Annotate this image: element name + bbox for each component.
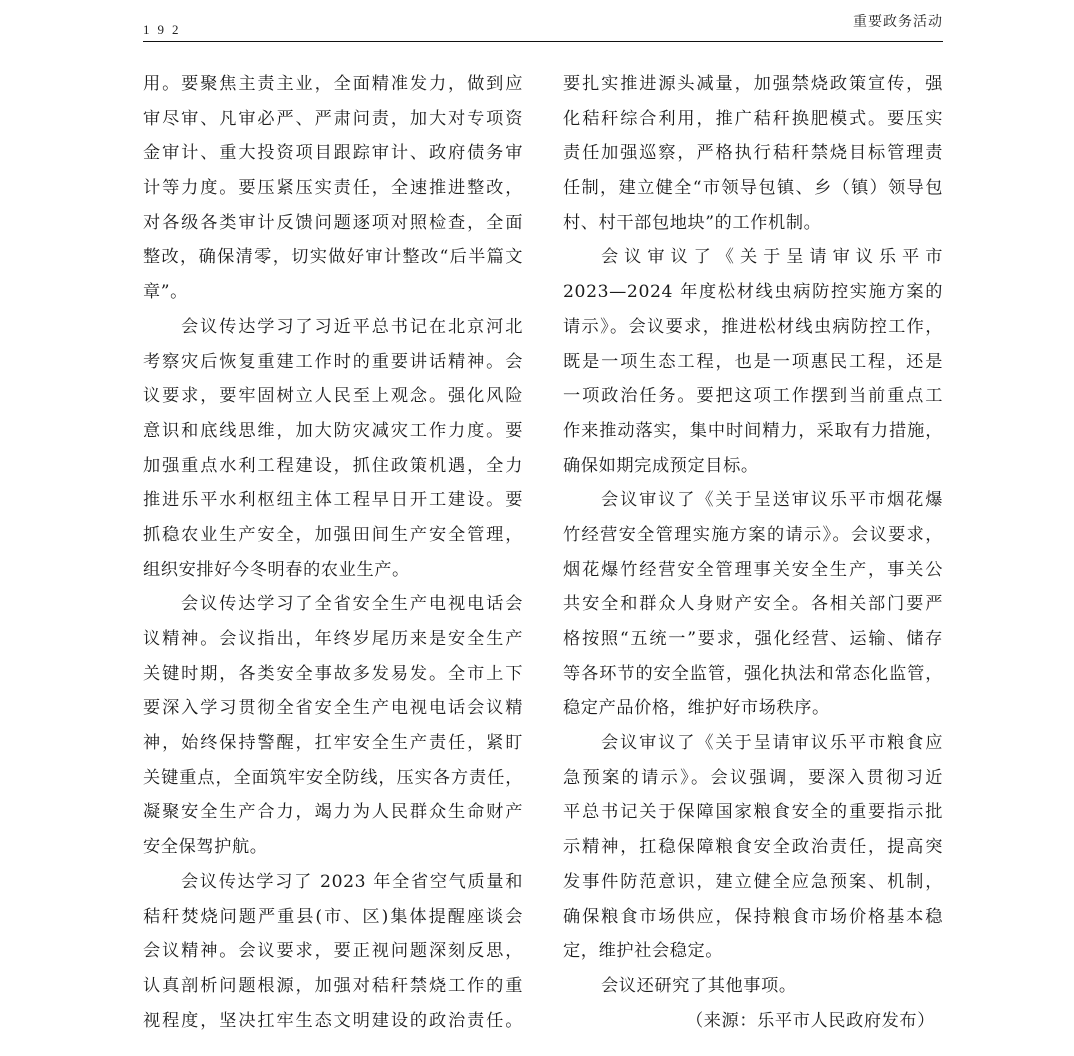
text-line: 视程度，坚决扛牢生态文明建设的政治责任。	[143, 1004, 523, 1039]
text-line: 会议精神。会议要求，要正视问题深刻反思，	[143, 934, 523, 969]
text-line: 组织安排好今冬明春的农业生产。	[143, 553, 523, 588]
text-line: 考察灾后恢复重建工作时的重要讲话精神。会	[143, 345, 523, 380]
text-line: 竹经营安全管理实施方案的请示》。会议要求，	[563, 518, 943, 553]
text-line: 认真剖析问题根源，加强对秸秆禁烧工作的重	[143, 969, 523, 1004]
text-line: 会议传达学习了 2023 年全省空气质量和	[143, 865, 523, 900]
text-line: 2023—2024 年度松材线虫病防控实施方案的	[563, 275, 943, 310]
text-line: 确保如期完成预定目标。	[563, 449, 943, 484]
running-title: 重要政务活动	[853, 11, 943, 31]
text-line: 议要求，要牢固树立人民至上观念。强化风险	[143, 379, 523, 414]
text-line: 平总书记关于保障国家粮食安全的重要指示批	[563, 795, 943, 830]
text-line: 定，维护社会稳定。	[563, 934, 943, 969]
text-line: 示精神，扛稳保障粮食安全政治责任，提高突	[563, 830, 943, 865]
text-line: 既是一项生态工程，也是一项惠民工程，还是	[563, 345, 943, 380]
text-line: 金审计、重大投资项目跟踪审计、政府债务审	[143, 136, 523, 171]
text-line: 会议审议了《关于呈请审议乐平市粮食应	[563, 726, 943, 761]
text-line: 整改，确保清零，切实做好审计整改“后半篇文	[143, 240, 523, 275]
text-line: 关键重点，全面筑牢安全防线，压实各方责任，	[143, 761, 523, 796]
text-line: 意识和底线思维，加大防灾减灾工作力度。要	[143, 414, 523, 449]
text-line: 秸秆焚烧问题严重县(市、区)集体提醒座谈会	[143, 900, 523, 935]
text-line: 要扎实推进源头减量，加强禁烧政策宣传，强	[563, 67, 943, 102]
text-line: 推进乐平水利枢纽主体工程早日开工建设。要	[143, 483, 523, 518]
text-line: 计等力度。要压紧压实责任，全速推进整改，	[143, 171, 523, 206]
text-line: 化秸秆综合利用，推广秸秆换肥模式。要压实	[563, 102, 943, 137]
text-line: 审尽审、凡审必严、严肃问责，加大对专项资	[143, 102, 523, 137]
text-line: 共安全和群众人身财产安全。各相关部门要严	[563, 587, 943, 622]
left-column: 用。要聚焦主责主业，全面精准发力，做到应审尽审、凡审必严、严肃问责，加大对专项资…	[143, 67, 523, 1038]
text-line: 稳定产品价格，维护好市场秩序。	[563, 691, 943, 726]
right-column: 要扎实推进源头减量，加强禁烧政策宣传，强化秸秆综合利用，推广秸秆换肥模式。要压实…	[563, 67, 943, 1038]
text-line: 加强重点水利工程建设，抓住政策机遇，全力	[143, 449, 523, 484]
text-line: 神，始终保持警醒，扛牢安全生产责任，紧盯	[143, 726, 523, 761]
text-line: 格按照“五统一”要求，强化经营、运输、储存	[563, 622, 943, 657]
text-line: 烟花爆竹经营安全管理事关安全生产，事关公	[563, 553, 943, 588]
text-line: 一项政治任务。要把这项工作摆到当前重点工	[563, 379, 943, 414]
text-line: 关键时期，各类安全事故多发易发。全市上下	[143, 657, 523, 692]
text-line: 议精神。会议指出，年终岁尾历来是安全生产	[143, 622, 523, 657]
text-line: 凝聚安全生产合力，竭力为人民群众生命财产	[143, 795, 523, 830]
text-line: 村、村干部包地块”的工作机制。	[563, 206, 943, 241]
page-header: 192 重要政务活动	[143, 0, 943, 42]
text-line: 会议还研究了其他事项。	[563, 969, 943, 1004]
text-line: 抓稳农业生产安全，加强田间生产安全管理，	[143, 518, 523, 553]
text-line: 安全保驾护航。	[143, 830, 523, 865]
text-line: 会议审议了《关于呈送审议乐平市烟花爆	[563, 483, 943, 518]
text-line: 要深入学习贯彻全省安全生产电视电话会议精	[143, 691, 523, 726]
text-line: 急预案的请示》。会议强调，要深入贯彻习近	[563, 761, 943, 796]
text-line: 会议传达学习了全省安全生产电视电话会	[143, 587, 523, 622]
text-line: 会议传达学习了习近平总书记在北京河北	[143, 310, 523, 345]
source-attribution: （来源：乐平市人民政府发布）	[563, 1004, 943, 1039]
text-line: 会议审议了《关于呈请审议乐平市	[563, 240, 943, 275]
text-line: 对各级各类审计反馈问题逐项对照检查，全面	[143, 206, 523, 241]
text-line: 作来推动落实，集中时间精力，采取有力措施，	[563, 414, 943, 449]
text-line: 章”。	[143, 275, 523, 310]
page-number: 192	[143, 22, 187, 38]
text-line: 任制，建立健全“市领导包镇、乡（镇）领导包	[563, 171, 943, 206]
text-line: 发事件防范意识，建立健全应急预案、机制，	[563, 865, 943, 900]
text-line: 确保粮食市场供应，保持粮食市场价格基本稳	[563, 900, 943, 935]
text-line: 用。要聚焦主责主业，全面精准发力，做到应	[143, 67, 523, 102]
text-line: 责任加强巡察，严格执行秸秆禁烧目标管理责	[563, 136, 943, 171]
text-line: 请示》。会议要求，推进松材线虫病防控工作，	[563, 310, 943, 345]
text-line: 等各环节的安全监管，强化执法和常态化监管，	[563, 657, 943, 692]
